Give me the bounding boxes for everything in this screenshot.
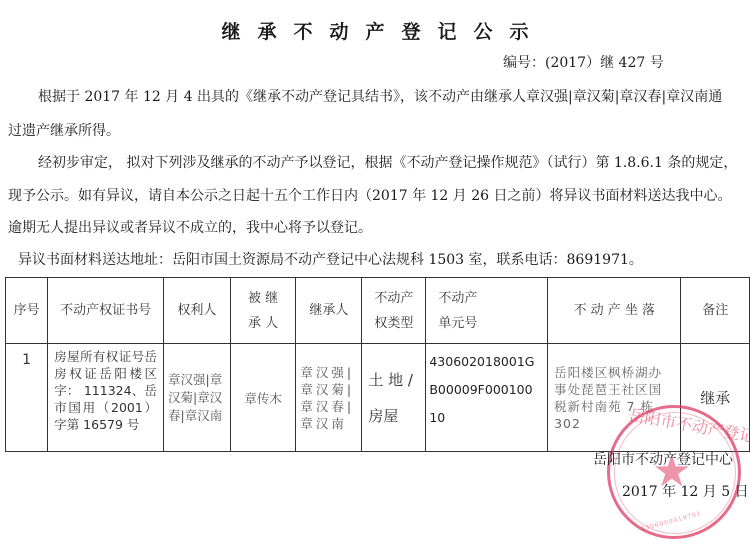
header-type: 不动产 权类型 [362,278,426,344]
document-number: 编号：(2017）继 427 号 [503,52,664,72]
paragraph-contact-address: 异议书面材料送达地址：岳阳市国土资源局不动产登记中心法规科 1503 室，联系电… [18,250,643,270]
seal-code: 4306000019701 [640,510,702,533]
cell-cert: 房屋所有权证号岳房权证岳阳楼区字： 111324、岳市国用（2001）字第 16… [48,344,164,452]
cell-location: 岳阳楼区枫桥湖办事处琵琶王社区国税新村南苑 7 栋 302 [548,344,681,452]
paragraph-review-line1: 经初步审定， 拟对下列涉及继承的不动产予以登记，根据《不动产登记操作规范》（试行… [38,153,737,173]
cell-type-l2: 房屋 [368,398,419,434]
cell-type-l1: 土 地 / [368,362,419,398]
header-owner: 权利人 [164,278,231,344]
issuer-name: 岳阳市不动产登记中心 [593,449,733,469]
header-note: 备注 [681,278,750,344]
header-seq: 序号 [6,278,48,344]
cell-heir: 章汉强|章汉菊|章汉春|章汉南 [296,344,362,452]
registration-table: 序号 不动产权证书号 权利人 被 继 承 人 继承人 不动产 权类型 不动产 单… [5,277,750,452]
paragraph-review-line2: 现予公示。如有异议，请自本公示之日起十五个工作日内（2017 年 12 月 26… [8,186,732,206]
header-location: 不 动 产 坐 落 [548,278,681,344]
cell-unit-l2: B00009F000100 [429,376,544,404]
header-decedent-l2: 承 人 [231,311,296,336]
paragraph-basis-line1: 根据于 2017 年 12 月 4 出具的《继承不动产登记具结书》，该不动产由继… [38,87,722,107]
cell-note: 继承 [681,344,750,452]
issue-date: 2017 年 12 月 5 日 [622,481,749,501]
header-unit: 不动产 单元号 [426,278,548,344]
cell-unit-l3: 10 [429,404,544,432]
paragraph-basis-line2: 过遗产继承所得。 [8,121,120,141]
header-cert: 不动产权证书号 [48,278,164,344]
cell-seq: 1 [6,344,48,452]
table-header-row: 序号 不动产权证书号 权利人 被 继 承 人 继承人 不动产 权类型 不动产 单… [6,278,750,344]
cell-type: 土 地 / 房屋 [362,344,426,452]
cell-owner: 章汉强|章汉菊|章汉春|章汉南 [164,344,231,452]
table-row: 1 房屋所有权证号岳房权证岳阳楼区字： 111324、岳市国用（2001）字第 … [6,344,750,452]
page-title: 继承不动产登记公示 [0,17,750,44]
header-unit-l2: 单元号 [438,311,547,336]
header-decedent: 被 继 承 人 [230,278,296,344]
header-heir: 继承人 [296,278,362,344]
cell-unit-l1: 430602018001G [429,344,544,376]
header-decedent-l1: 被 继 [231,286,296,311]
cell-unit: 430602018001G B00009F000100 10 [426,344,548,452]
cell-decedent: 章传木 [230,344,296,452]
header-type-l2: 权类型 [362,311,425,336]
header-unit-l1: 不动产 [438,286,547,311]
paragraph-deadline: 逾期无人提出异议或者异议不成立的，我中心将予以登记。 [8,218,372,238]
header-type-l1: 不动产 [362,286,425,311]
